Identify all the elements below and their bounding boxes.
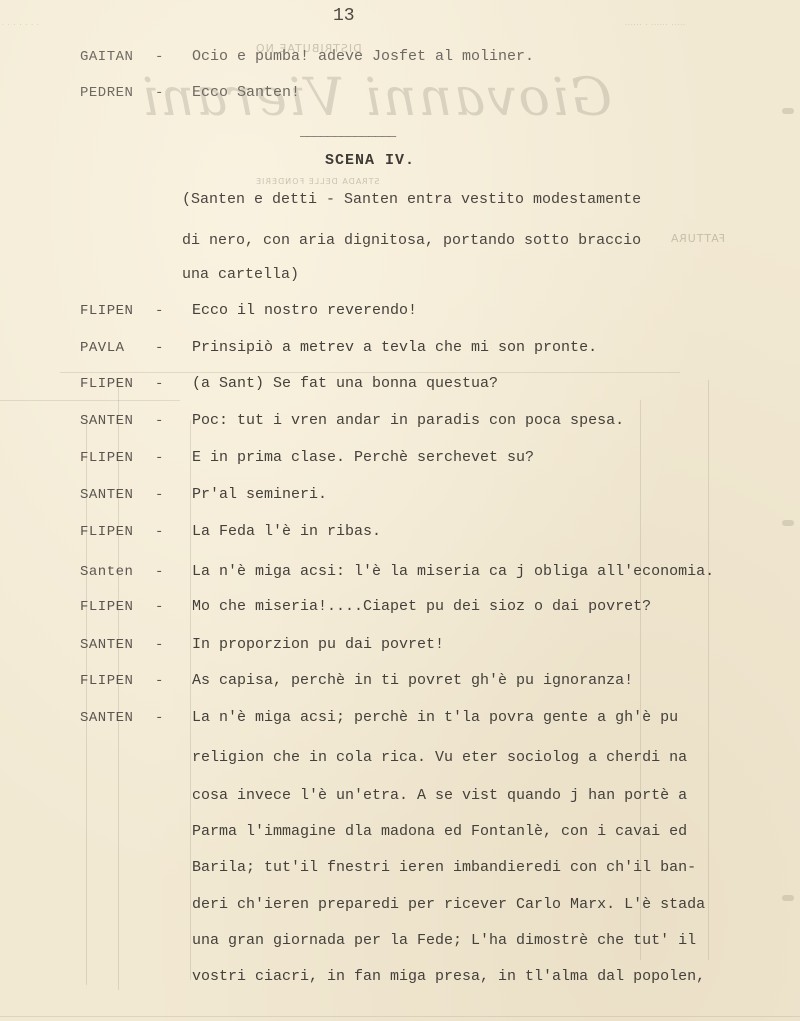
speaker-dash: - bbox=[155, 48, 163, 66]
speaker-dash: - bbox=[155, 302, 163, 320]
speaker-name: FLIPEN bbox=[80, 598, 133, 616]
ruled-line bbox=[60, 372, 680, 373]
dialogue-text: Parma l'immagine dla madona ed Fontanlè,… bbox=[192, 823, 687, 841]
speaker-dash: - bbox=[155, 636, 163, 654]
speaker-dash: - bbox=[155, 523, 163, 541]
dialogue-text: In proporzion pu dai povret! bbox=[192, 636, 444, 654]
speaker-name: FLIPEN bbox=[80, 375, 133, 393]
scene-separator: ______________ bbox=[300, 124, 395, 139]
speaker-dash: - bbox=[155, 375, 163, 393]
dialogue-text: La n'è miga acsi; perchè in t'la povra g… bbox=[192, 709, 678, 727]
speaker-dash: - bbox=[155, 412, 163, 430]
stage-direction: (Santen e detti - Santen entra vestito m… bbox=[182, 191, 641, 208]
speaker-dash: - bbox=[155, 84, 163, 102]
bleed-stamp: STRADA DELLE FONDERIE bbox=[255, 177, 380, 186]
speaker-dash: - bbox=[155, 709, 163, 727]
edge-mark bbox=[782, 895, 794, 901]
speaker-dash: - bbox=[155, 563, 163, 581]
speaker-name: SANTEN bbox=[80, 412, 133, 430]
dialogue-text: vostri ciacri, in fan miga presa, in tl'… bbox=[192, 968, 705, 986]
speaker-name: FLIPEN bbox=[80, 449, 133, 467]
speaker-dash: - bbox=[155, 339, 163, 357]
stage-direction: di nero, con aria dignitosa, portando so… bbox=[182, 232, 641, 249]
speaker-name: FLIPEN bbox=[80, 302, 133, 320]
speaker-name: SANTEN bbox=[80, 486, 133, 504]
speaker-name: SANTEN bbox=[80, 709, 133, 727]
speaker-dash: - bbox=[155, 598, 163, 616]
dialogue-text: una gran giornada per la Fede; L'ha dimo… bbox=[192, 932, 696, 950]
speaker-name: Santen bbox=[80, 563, 133, 581]
scene-title: SCENA IV. bbox=[325, 152, 415, 169]
speaker-dash: - bbox=[155, 486, 163, 504]
bleed-stamp: FATTURA bbox=[670, 232, 725, 245]
page-number: 13 bbox=[333, 6, 355, 26]
stage-direction: una cartella) bbox=[182, 266, 299, 283]
dialogue-text: deri ch'ieren preparedi per ricever Carl… bbox=[192, 896, 705, 914]
ruled-line bbox=[0, 400, 180, 401]
speaker-name: GAITAN bbox=[80, 48, 133, 66]
speaker-name: FLIPEN bbox=[80, 672, 133, 690]
dialogue-text: E in prima clase. Perchè serchevet su? bbox=[192, 449, 534, 467]
dialogue-text: cosa invece l'è un'etra. A se vist quand… bbox=[192, 787, 687, 805]
dialogue-text: (a Sant) Se fat una bonna questua? bbox=[192, 375, 498, 393]
dialogue-text: La Feda l'è in ribas. bbox=[192, 523, 381, 541]
dialogue-text: Ecco il nostro reverendo! bbox=[192, 302, 417, 320]
ruled-line bbox=[0, 1016, 800, 1017]
edge-mark bbox=[782, 520, 794, 526]
dialogue-text: Mo che miseria!....Ciapet pu dei sioz o … bbox=[192, 598, 651, 616]
dialogue-text: religion che in cola rica. Vu eter socio… bbox=[192, 749, 687, 767]
speaker-name: PAVLA bbox=[80, 339, 125, 357]
dialogue-text: Pr'al semineri. bbox=[192, 486, 327, 504]
edge-mark bbox=[782, 108, 794, 114]
ruled-line bbox=[708, 380, 709, 960]
dialogue-text: Prinsipiò a metrev a tevla che mi son pr… bbox=[192, 339, 597, 357]
dialogue-text: La n'è miga acsi: l'è la miseria ca j ob… bbox=[192, 563, 714, 581]
speaker-name: PEDREN bbox=[80, 84, 133, 102]
header-faint-right: ······ · ······ ····· bbox=[625, 22, 686, 29]
dialogue-text: As capisa, perchè in ti povret gh'è pu i… bbox=[192, 672, 633, 690]
speaker-dash: - bbox=[155, 449, 163, 467]
speaker-name: SANTEN bbox=[80, 636, 133, 654]
dialogue-text: Ocio e pumba! adeve Josfet al moliner. bbox=[192, 48, 534, 66]
dialogue-text: Ecco Santen! bbox=[192, 84, 300, 102]
header-faint-left: · · · · · · · bbox=[2, 22, 40, 29]
dialogue-text: Barila; tut'il fnestri ieren imbandiered… bbox=[192, 859, 696, 877]
speaker-dash: - bbox=[155, 672, 163, 690]
dialogue-text: Poc: tut i vren andar in paradis con poc… bbox=[192, 412, 624, 430]
speaker-name: FLIPEN bbox=[80, 523, 133, 541]
ruled-line bbox=[190, 420, 191, 980]
